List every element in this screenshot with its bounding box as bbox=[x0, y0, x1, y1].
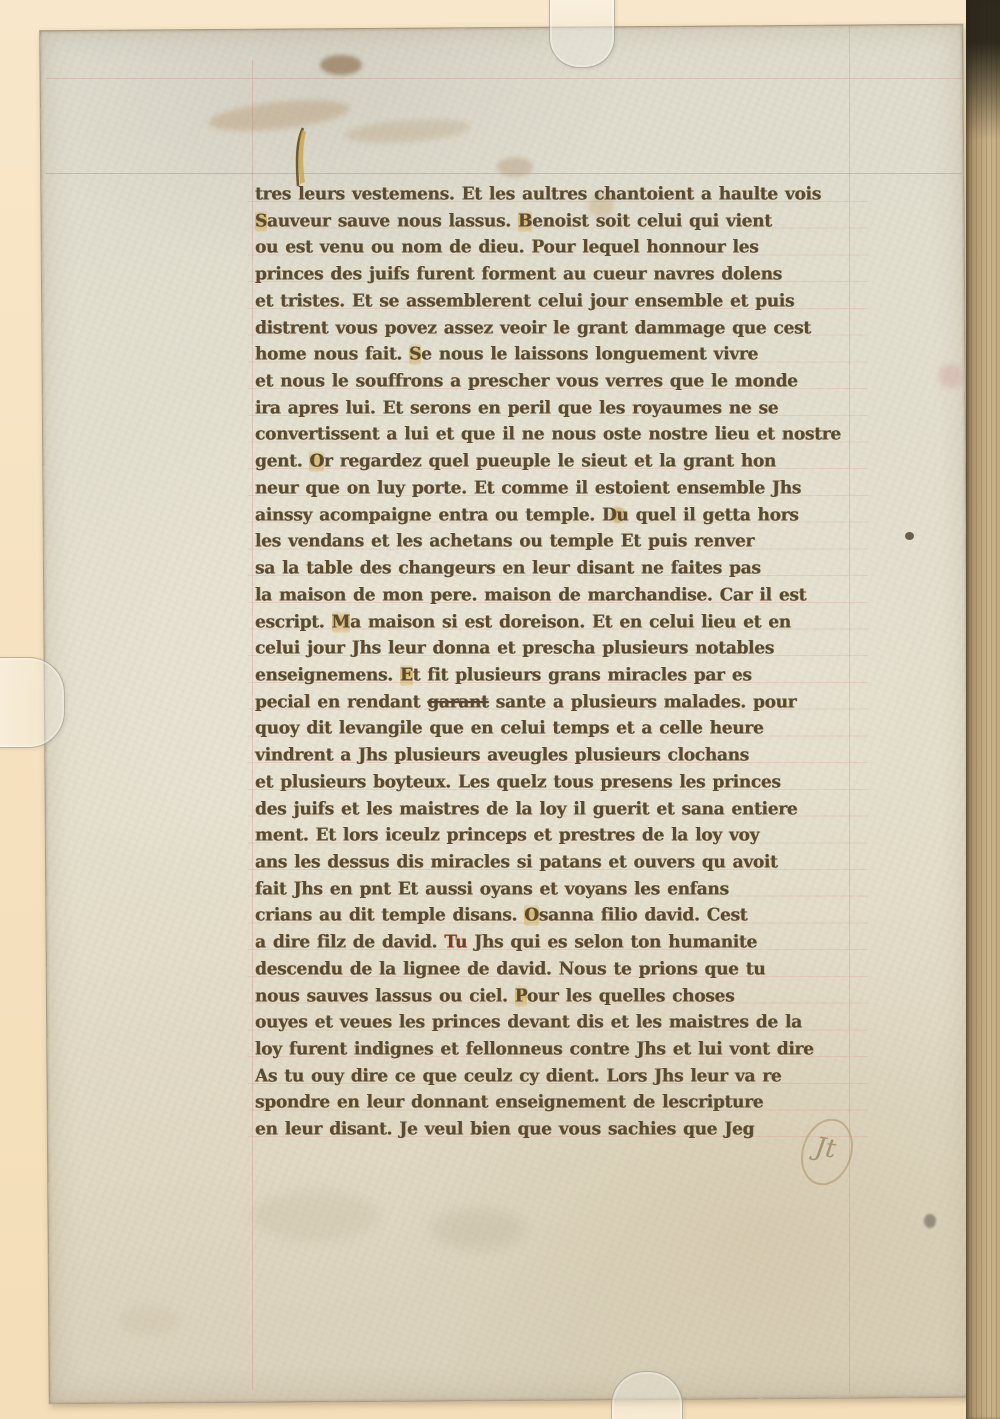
manuscript-text-segment: convertissent a lui et que il ne nous os… bbox=[255, 424, 841, 445]
manuscript-text-segment: M bbox=[332, 611, 351, 632]
manuscript-text-segment: e nous le laissons longuement vivre bbox=[421, 344, 758, 365]
flourish-stroke bbox=[289, 126, 315, 188]
manuscript-text-segment: neur que on luy porte. Et comme il estoi… bbox=[255, 477, 801, 498]
manuscript-text-segment: ment. Et lors iceulz princeps et prestre… bbox=[255, 825, 759, 846]
manuscript-text-segment: et plusieurs boyteux. Les quelz tous pre… bbox=[255, 771, 781, 792]
manuscript-text-segment: nous sauves lassus ou ciel. bbox=[255, 985, 515, 1006]
manuscript-text-segment: princes des juifs furent forment au cueu… bbox=[255, 264, 782, 285]
manuscript-text-segment: distrent vous povez assez veoir le grant… bbox=[255, 317, 811, 338]
manuscript-text-segment: loy furent indignes et fellonneus contre… bbox=[255, 1038, 814, 1059]
manuscript-text-segment: tres leurs vestemens. Et les aultres cha… bbox=[255, 183, 821, 204]
manuscript-text-segment: Jhs qui es selon ton humanite bbox=[467, 932, 757, 953]
manuscript-line: fait Jhs en pnt Et aussi oyans et voyans… bbox=[255, 875, 867, 903]
manuscript-text-segment: sanna filio david. Cest bbox=[539, 905, 748, 926]
manuscript-text-segment: t fit plusieurs grans miracles par es bbox=[413, 664, 752, 685]
manuscript-line: distrent vous povez assez veoir le grant… bbox=[255, 314, 867, 342]
manuscript-line: home nous fait. Se nous le laissons long… bbox=[255, 341, 867, 369]
manuscript-text-segment: garant bbox=[427, 691, 488, 712]
manuscript-text-segment: enseignemens. bbox=[255, 664, 400, 685]
manuscript-text-segment: la maison de mon pere. maison de marchan… bbox=[255, 584, 806, 605]
manuscript-text-segment: a dire filz de david. bbox=[255, 932, 444, 953]
manuscript-line: pecial en rendant garant sante a plusieu… bbox=[255, 688, 867, 716]
manuscript-text-segment: ans les dessus dis miracles si patans et… bbox=[255, 851, 778, 872]
fore-edge-shadow bbox=[966, 0, 1000, 150]
manuscript-line: les vendans et les achetans ou temple Et… bbox=[255, 528, 867, 556]
manuscript-line: tres leurs vestemens. Et les aultres cha… bbox=[255, 180, 867, 208]
manuscript-line: a dire filz de david. Tu Jhs qui es selo… bbox=[255, 928, 867, 956]
manuscript-text-segment: r regardez quel pueuple le sieut et la g… bbox=[324, 451, 776, 472]
manuscript-text-segment: home nous fait. bbox=[255, 344, 409, 365]
manuscript-line: ainssy acompaigne entra ou temple. Du qu… bbox=[255, 501, 867, 529]
manuscript-line: ouyes et veues les princes devant dis et… bbox=[255, 1008, 867, 1036]
manuscript-text-segment: S bbox=[255, 210, 267, 231]
manuscript-text-segment: sante a plusieurs malades. pour bbox=[489, 691, 797, 712]
manuscript-text-segment: vindrent a Jhs plusieurs aveugles plusie… bbox=[255, 744, 749, 765]
manuscript-line: sa la table des changeurs en leur disant… bbox=[255, 554, 867, 582]
manuscript-line: et nous le souffrons a prescher vous ver… bbox=[255, 367, 867, 395]
manuscript-text-segment: celui jour Jhs leur donna et prescha plu… bbox=[255, 638, 774, 659]
manuscript-text-segment: P bbox=[515, 985, 527, 1006]
manuscript-line: As tu ouy dire ce que ceulz cy dient. Lo… bbox=[255, 1062, 867, 1090]
manuscript-text-segment: en leur disant. Je veul bien que vous sa… bbox=[255, 1119, 754, 1140]
manuscript-line: crians au dit temple disans. Osanna fili… bbox=[255, 902, 867, 930]
manuscript-text-segment: auveur sauve nous lassus. bbox=[267, 210, 518, 231]
book-fore-edge bbox=[966, 0, 1000, 1419]
manuscript-text-segment: ouyes et veues les princes devant dis et… bbox=[255, 1012, 802, 1033]
manuscript-line: en leur disant. Je veul bien que vous sa… bbox=[255, 1115, 867, 1143]
manuscript-text-segment: As tu ouy dire ce que ceulz cy dient. Lo… bbox=[255, 1065, 781, 1086]
manuscript-text-segment: B bbox=[518, 210, 532, 231]
manuscript-text-segment: O bbox=[309, 451, 324, 472]
manuscript-text-segment: et nous le souffrons a prescher vous ver… bbox=[255, 370, 798, 391]
manuscript-line: neur que on luy porte. Et comme il estoi… bbox=[255, 474, 867, 502]
manuscript-line: enseignemens. Et fit plusieurs grans mir… bbox=[255, 661, 867, 689]
manuscript-text-segment: O bbox=[524, 905, 539, 926]
manuscript-line: gent. Or regardez quel pueuple le sieut … bbox=[255, 447, 867, 475]
manuscript-text-segment: les vendans et les achetans ou temple Et… bbox=[255, 531, 754, 552]
manuscript-line: quoy dit levangile que en celui temps et… bbox=[255, 715, 867, 743]
manuscript-text-segment: quoy dit levangile que en celui temps et… bbox=[255, 718, 763, 739]
folio-mark-label: Jt bbox=[813, 1132, 838, 1165]
manuscript-line: ment. Et lors iceulz princeps et prestre… bbox=[255, 821, 867, 849]
mount-tab-left bbox=[0, 657, 65, 748]
manuscript-text-segment: E bbox=[400, 664, 413, 685]
manuscript-text-segment: descendu de la lignee de david. Nous te … bbox=[255, 958, 765, 979]
manuscript-line: la maison de mon pere. maison de marchan… bbox=[255, 581, 867, 609]
photo-canvas: tres leurs vestemens. Et les aultres cha… bbox=[0, 0, 1000, 1419]
manuscript-line: nous sauves lassus ou ciel. Pour les que… bbox=[255, 982, 867, 1010]
manuscript-line: princes des juifs furent forment au cueu… bbox=[255, 260, 867, 288]
manuscript-text-segment: ira apres lui. Et serons en peril que le… bbox=[255, 397, 778, 418]
manuscript-line: convertissent a lui et que il ne nous os… bbox=[255, 421, 867, 449]
manuscript-line: escript. Ma maison si est doreison. Et e… bbox=[255, 608, 867, 636]
manuscript-text-segment: fait Jhs en pnt Et aussi oyans et voyans… bbox=[255, 878, 729, 899]
text-block: tres leurs vestemens. Et les aultres cha… bbox=[255, 181, 867, 1143]
manuscript-line: Sauveur sauve nous lassus. Benoist soit … bbox=[255, 207, 867, 235]
manuscript-text-segment: escript. bbox=[255, 611, 332, 632]
manuscript-text-segment: gent. bbox=[255, 451, 309, 472]
manuscript-line: loy furent indignes et fellonneus contre… bbox=[255, 1035, 867, 1063]
mount-tab-top bbox=[549, 0, 615, 68]
manuscript-text-segment: our les quelles choses bbox=[527, 985, 735, 1006]
manuscript-text-segment: ainssy acompaigne entra ou temple. Du qu… bbox=[255, 504, 799, 525]
manuscript-text-segment: a maison si est doreison. Et en celui li… bbox=[350, 611, 791, 632]
manuscript-line: des juifs et les maistres de la loy il g… bbox=[255, 795, 867, 823]
manuscript-text-segment: ou est venu ou nom de dieu. Pour lequel … bbox=[255, 237, 758, 258]
manuscript-line: et plusieurs boyteux. Les quelz tous pre… bbox=[255, 768, 867, 796]
manuscript-text-segment: et tristes. Et se assemblerent celui jou… bbox=[255, 290, 794, 311]
manuscript-text-segment: Tu bbox=[444, 932, 467, 953]
manuscript-line: ira apres lui. Et serons en peril que le… bbox=[255, 394, 867, 422]
manuscript-text-segment: enoist soit celui qui vient bbox=[532, 210, 772, 231]
manuscript-text-segment: spondre en leur donnant enseignement de … bbox=[255, 1092, 763, 1113]
manuscript-line: ou est venu ou nom de dieu. Pour lequel … bbox=[255, 234, 867, 262]
manuscript-text-segment: des juifs et les maistres de la loy il g… bbox=[255, 798, 797, 819]
manuscript-text-segment: sa la table des changeurs en leur disant… bbox=[255, 557, 761, 578]
manuscript-line: ans les dessus dis miracles si patans et… bbox=[255, 848, 867, 876]
manuscript-line: descendu de la lignee de david. Nous te … bbox=[255, 955, 867, 983]
manuscript-text-segment: pecial en rendant bbox=[255, 691, 427, 712]
manuscript-text-segment: crians au dit temple disans. bbox=[255, 905, 524, 926]
manuscript-text-segment: S bbox=[409, 344, 421, 365]
manuscript-line: et tristes. Et se assemblerent celui jou… bbox=[255, 287, 867, 315]
manuscript-line: spondre en leur donnant enseignement de … bbox=[255, 1089, 867, 1117]
manuscript-line: celui jour Jhs leur donna et prescha plu… bbox=[255, 634, 867, 662]
manuscript-line: vindrent a Jhs plusieurs aveugles plusie… bbox=[255, 741, 867, 769]
